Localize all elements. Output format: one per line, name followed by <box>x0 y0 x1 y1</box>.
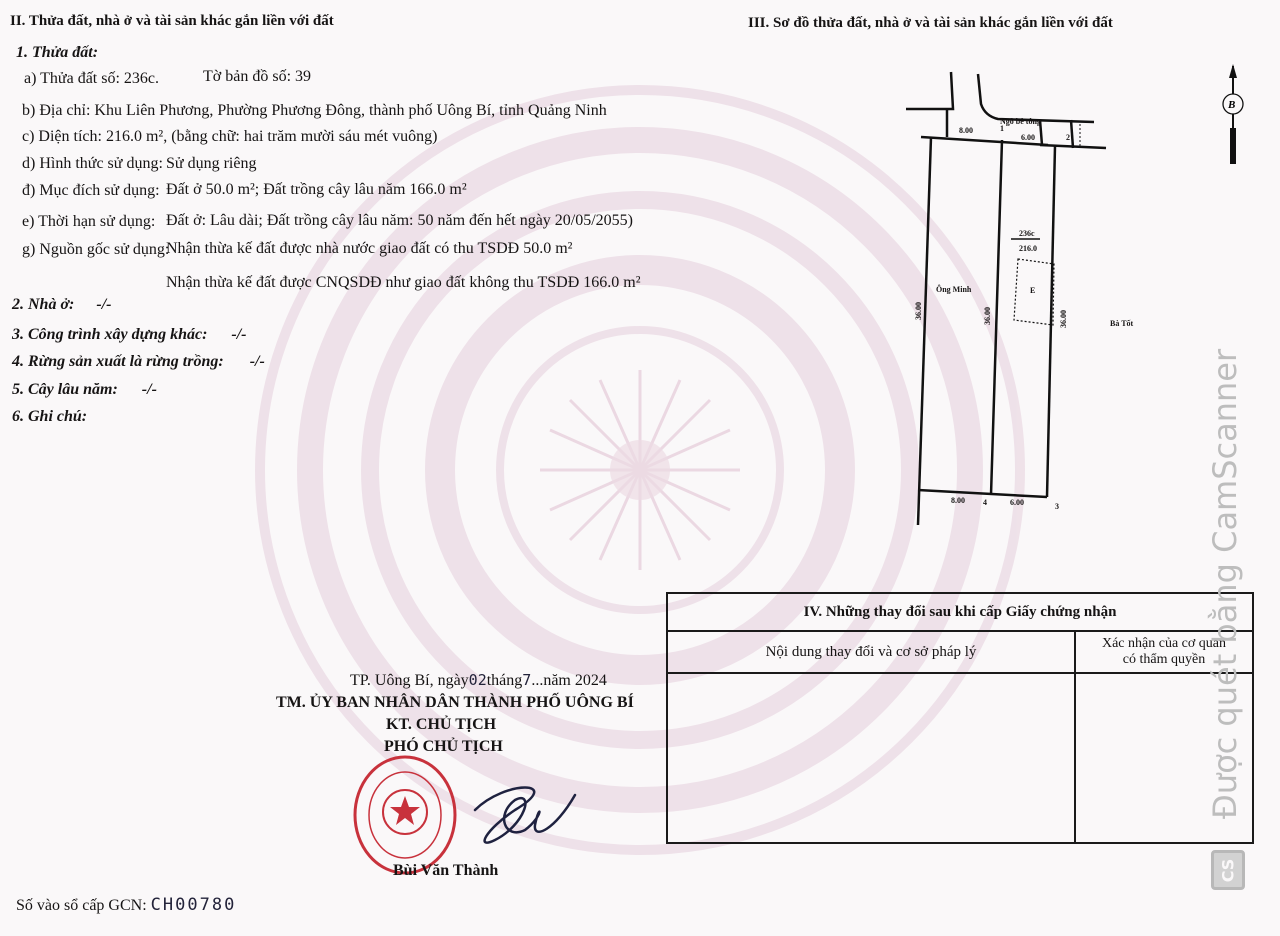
road-label: Ngõ bê tông <box>1000 117 1041 126</box>
item-other-construction-value: -/- <box>231 326 246 343</box>
parcel-number: a) Thửa đất số: 236c. <box>24 70 159 88</box>
usage-origin-label: g) Nguồn gốc sử dụng: <box>22 241 169 259</box>
vertex-2: 2 <box>1066 133 1070 142</box>
dim-side-west: 36.00 <box>914 302 923 320</box>
dim-bottom-right: 6.00 <box>1010 498 1024 507</box>
item-perennial-trees: 5. Cây lâu năm: -/- <box>12 381 157 399</box>
item-notes: 6. Ghi chú: <box>12 408 87 426</box>
item-perennial-trees-label: 5. Cây lâu năm: <box>12 381 118 398</box>
issue-month: 7 <box>522 671 531 689</box>
usage-term-label: e) Thời hạn sử dụng: <box>22 213 155 231</box>
parcel-area: c) Diện tích: 216.0 m², (bằng chữ: hai t… <box>22 128 437 146</box>
parcel-heading: 1. Thửa đất: <box>16 44 98 62</box>
issue-day: 02 <box>469 671 487 689</box>
usage-purpose-value: Đất ở 50.0 m²; Đất trồng cây lâu năm 166… <box>166 181 467 199</box>
neighbor-west-label: Ông Minh <box>936 284 972 294</box>
parcel-address: b) Địa chỉ: Khu Liên Phương, Phường Phươ… <box>22 102 607 120</box>
usage-origin-value-1: Nhận thừa kế đất được nhà nước giao đất … <box>166 240 572 258</box>
camscanner-watermark: Được quét bằng CamScanner CS <box>1205 410 1255 900</box>
item-planted-forest: 4. Rừng sản xuất là rừng trồng: -/- <box>12 353 265 371</box>
camscanner-logo-text: CS <box>1219 857 1238 885</box>
dim-bottom-left: 8.00 <box>951 496 965 505</box>
place-date-prefix: TP. Uông Bí, ngày <box>350 672 469 689</box>
registry-value: CH00780 <box>151 895 237 915</box>
dim-top-left: 8.00 <box>959 126 973 135</box>
house-marker: E <box>1030 286 1035 295</box>
item-perennial-trees-value: -/- <box>142 381 157 398</box>
signer-name: Bùi Văn Thành <box>393 862 498 880</box>
registry-number: Số vào sổ cấp GCN: CH00780 <box>16 896 236 915</box>
north-marker: B <box>1227 99 1235 111</box>
registry-label: Số vào sổ cấp GCN: <box>16 897 147 914</box>
vertex-4: 4 <box>983 498 987 507</box>
vertex-1: 1 <box>1000 124 1004 133</box>
dim-side-mid: 36.00 <box>983 307 992 325</box>
issue-year: năm 2024 <box>543 672 607 689</box>
neighbor-east-label: Bà Tốt <box>1110 319 1134 328</box>
item-house: 2. Nhà ở: -/- <box>12 296 111 314</box>
dim-side-east: 36.00 <box>1059 310 1068 328</box>
place-date: TP. Uông Bí, ngày02tháng7...năm 2024 <box>350 671 607 690</box>
changes-table: IV. Những thay đổi sau khi cấp Giấy chứn… <box>666 592 1254 844</box>
map-sheet-number: Tờ bản đồ số: 39 <box>203 68 311 86</box>
item-house-label: 2. Nhà ở: <box>12 296 74 313</box>
section-iv-title: IV. Những thay đổi sau khi cấp Giấy chứn… <box>667 593 1253 631</box>
usage-form-label: d) Hình thức sử dụng: <box>22 155 163 173</box>
usage-purpose-label: đ) Mục đích sử dụng: <box>22 182 160 200</box>
item-house-value: -/- <box>96 296 111 313</box>
usage-form-value: Sử dụng riêng <box>166 155 256 173</box>
month-prefix: tháng <box>487 672 523 689</box>
signer-role-1: KT. CHỦ TỊCH <box>386 716 496 734</box>
item-other-construction: 3. Công trình xây dựng khác: -/- <box>12 326 247 344</box>
item-notes-label: 6. Ghi chú: <box>12 408 87 425</box>
parcel-id-label: 236c <box>1019 229 1035 238</box>
dim-top-right: 6.00 <box>1021 133 1035 142</box>
change-content-cell <box>667 673 1075 843</box>
signature <box>455 770 585 860</box>
col-change-content: Nội dung thay đổi và cơ sở pháp lý <box>667 631 1075 673</box>
parcel-area-label: 216.0 <box>1019 244 1037 253</box>
issuing-authority: TM. ỦY BAN NHÂN DÂN THÀNH PHỐ UÔNG BÍ <box>276 694 634 712</box>
official-stamp <box>350 752 460 878</box>
col-confirmation-line-2: có thẩm quyền <box>1123 652 1205 667</box>
item-other-construction-label: 3. Công trình xây dựng khác: <box>12 326 207 343</box>
vertex-3: 3 <box>1055 502 1059 511</box>
usage-term-value: Đất ở: Lâu dài; Đất trồng cây lâu năm: 5… <box>166 212 633 230</box>
section-iii-title: III. Sơ đồ thửa đất, nhà ở và tài sản kh… <box>748 14 1113 32</box>
item-planted-forest-value: -/- <box>250 353 265 370</box>
camscanner-logo-icon: CS <box>1211 850 1245 890</box>
item-planted-forest-label: 4. Rừng sản xuất là rừng trồng: <box>12 353 224 370</box>
camscanner-text: Được quét bằng CamScanner <box>1206 399 1244 819</box>
usage-origin-value-2: Nhận thừa kế đất được CNQSDĐ như giao đấ… <box>166 274 641 292</box>
section-ii-title: II. Thửa đất, nhà ở và tài sản khác gắn … <box>10 12 334 30</box>
